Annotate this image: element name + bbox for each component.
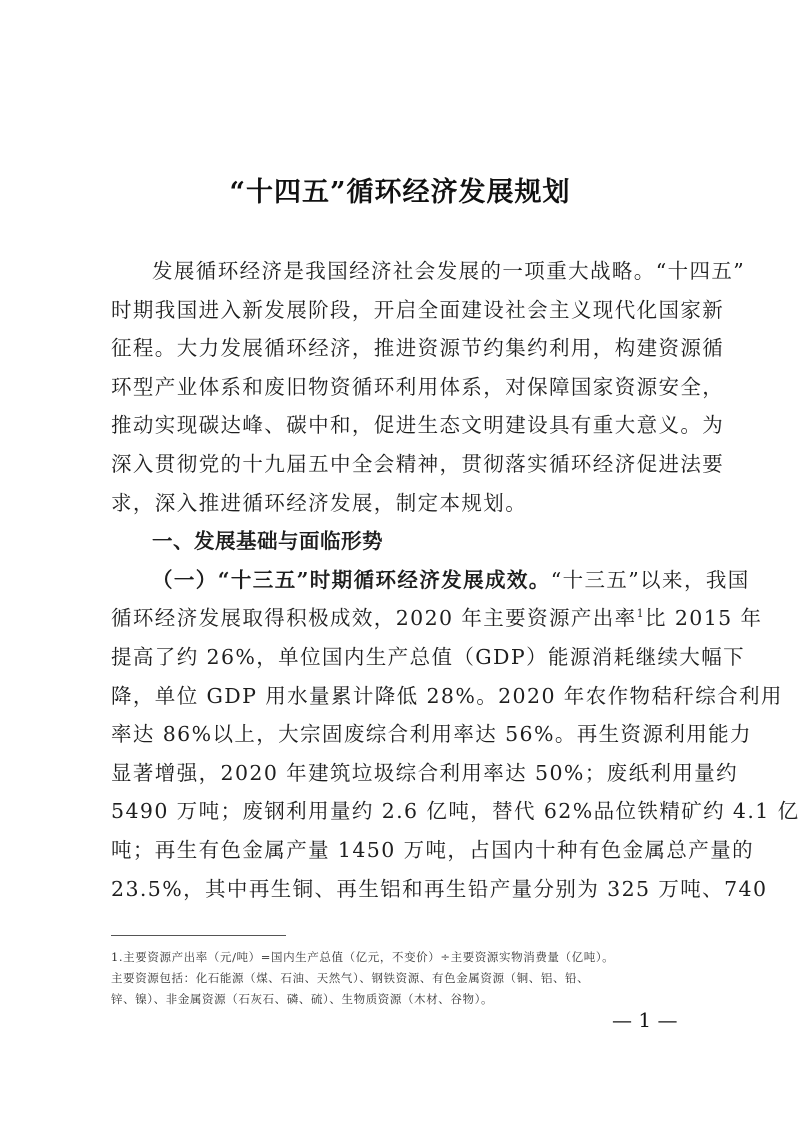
paragraph-line: 提高了约 26%，单位国内生产总值（GDP）能源消耗继续大幅下 [111,638,693,677]
paragraph-line: （一）“十三五”时期循环经济发展成效。“十三五”以来，我国 [111,561,693,600]
paragraph-line: 吨；再生有色金属产量 1450 万吨，占国内十种有色金属总产量的 [111,831,693,870]
paragraph-line: 率达 86%以上，大宗固废综合利用率达 56%。再生资源利用能力 [111,715,693,754]
paragraph-text: 比 2015 年 [645,606,762,630]
paragraph-line: 23.5%，其中再生铜、再生铝和再生铅产量分别为 325 万吨、740 [111,870,693,909]
paragraph-text: 循环经济发展取得积极成效，2020 年主要资源产出率 [111,606,637,630]
paragraph-line: 降，单位 GDP 用水量累计降低 28%。2020 年农作物秸秆综合利用 [111,677,693,716]
subsection-label: （一）“十三五”时期循环经济发展成效。 [152,568,551,592]
paragraph-line: 发展循环经济是我国经济社会发展的一项重大战略。“十四五” [111,252,693,291]
footnote-line: 主要资源包括：化石能源（煤、石油、天然气）、钢铁资源、有色金属资源（铜、铝、铅、 [111,968,711,989]
footnote-divider [111,935,286,936]
document-page: “十四五”循环经济发展规划 发展循环经济是我国经济社会发展的一项重大战略。“十四… [0,0,800,1131]
paragraph-line: 显著增强，2020 年建筑垃圾综合利用率达 50%；废纸利用量约 [111,754,693,793]
paragraph-line: 循环经济发展取得积极成效，2020 年主要资源产出率1比 2015 年 [111,599,693,638]
paragraph-line: 求，深入推进循环经济发展，制定本规划。 [111,484,693,523]
paragraph-text: “十三五”以来，我国 [551,568,750,592]
paragraph-line: 征程。大力发展循环经济，推进资源节约集约利用，构建资源循 [111,329,693,368]
paragraph-line: 时期我国进入新发展阶段，开启全面建设社会主义现代化国家新 [111,291,693,330]
footnote-line: 锌、镍）、非金属资源（石灰石、磷、硫）、生物质资源（木材、谷物）。 [111,989,711,1010]
footnote: 1.主要资源产出率（元/吨）=国内生产总值（亿元，不变价）÷主要资源实物消费量（… [111,947,711,1010]
footnote-reference[interactable]: 1 [637,608,645,621]
paragraph-line: 5490 万吨；废钢利用量约 2.6 亿吨，替代 62%品位铁精矿约 4.1 亿 [111,792,693,831]
footnote-line: 1.主要资源产出率（元/吨）=国内生产总值（亿元，不变价）÷主要资源实物消费量（… [111,947,711,968]
page-number: — 1 — [612,1008,677,1032]
paragraph-line: 环型产业体系和废旧物资循环利用体系，对保障国家资源安全， [111,368,693,407]
document-title: “十四五”循环经济发展规划 [0,170,800,209]
document-body: 发展循环经济是我国经济社会发展的一项重大战略。“十四五” 时期我国进入新发展阶段… [111,252,693,908]
paragraph-line: 深入贯彻党的十九届五中全会精神，贯彻落实循环经济促进法要 [111,445,693,484]
section-heading: 一、发展基础与面临形势 [111,522,693,561]
paragraph-line: 推动实现碳达峰、碳中和，促进生态文明建设具有重大意义。为 [111,406,693,445]
